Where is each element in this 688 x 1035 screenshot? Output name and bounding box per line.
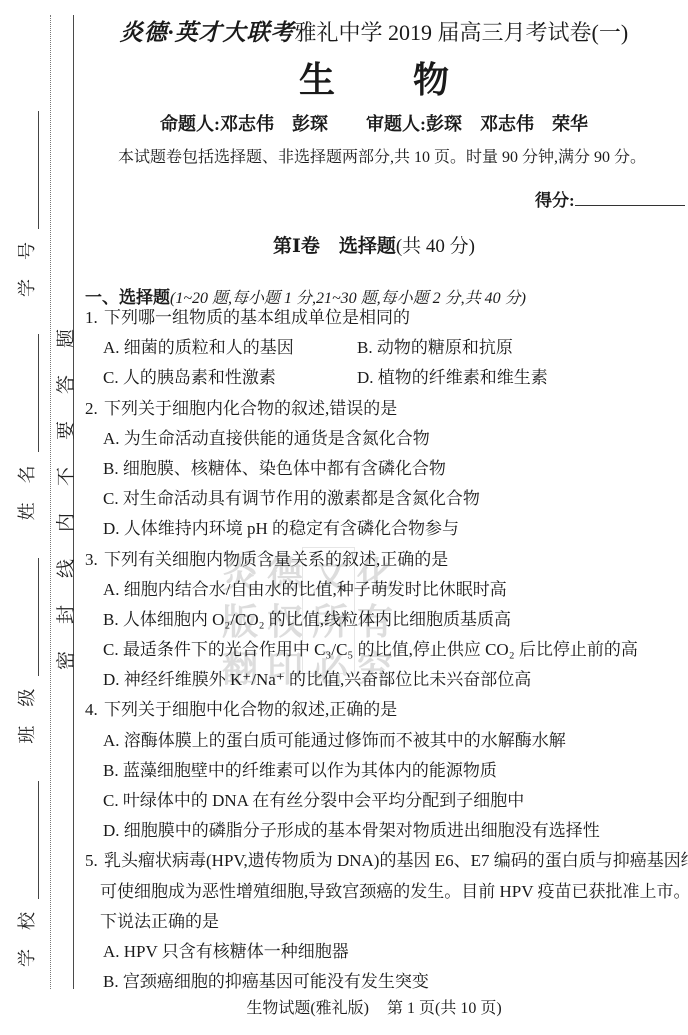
subject-char: 生 <box>299 52 335 103</box>
score-blank <box>575 190 685 206</box>
question-stem-text: 下列有关细胞内物质含量关系的叙述,正确的是 <box>104 550 448 569</box>
option-b: B. 宫颈癌细胞的抑癌基因可能没有发生突变 <box>85 967 663 997</box>
option-d: D. 细胞膜中的磷脂分子形成的基本骨架对物质进出细胞没有选择性 <box>85 816 663 846</box>
score-label: 得分: <box>535 191 575 210</box>
option-c: C. 叶绿体中的 DNA 在有丝分裂中会平均分配到子细胞中 <box>85 786 663 816</box>
option-b: B. 人体细胞内 O₂/CO₂ 的比值,线粒体内比细胞质基质高 <box>85 605 663 635</box>
exam-title: 炎德·英才大联考雅礼中学 2019 届高三月考试卷(一) <box>85 14 663 47</box>
option-c: C. 人的胰岛素和性激素 <box>103 363 357 393</box>
question-number: 4. <box>85 695 104 725</box>
question-5-stem: 5.乳头瘤状病毒(HPV,遗传物质为 DNA)的基因 E6、E7 编码的蛋白质与… <box>85 846 663 876</box>
question-stem-text: 下列关于细胞内化合物的叙述,错误的是 <box>104 399 397 418</box>
part1-header-bold: 第Ⅰ卷 选择题 <box>273 236 396 257</box>
question-stem-text: 下列哪一组物质的基本组成单位是相同的 <box>104 308 410 327</box>
question-stem-text: 乳头瘤状病毒(HPV,遗传物质为 DNA)的基因 E6、E7 编码的蛋白质与抑癌… <box>104 851 688 870</box>
school-field: 学校 <box>13 781 39 967</box>
name-field-label: 姓名 <box>13 446 39 520</box>
option-c: C. 最适条件下的光合作用中 C₃/C₅ 的比值,停止供应 CO₂ 后比停止前的… <box>85 635 663 665</box>
question-5-stem-cont: 下说法正确的是 <box>85 907 663 937</box>
question-reviewers: 审题人:彭琛 邓志伟 荣华 <box>366 110 588 136</box>
exam-title-brand: 炎德·英才大联考 <box>120 20 295 45</box>
option-d: D. 神经纤维膜外 K⁺/Na⁺ 的比值,兴奋部位比未兴奋部位高 <box>85 665 663 695</box>
option-a: A. HPV 只含有核糖体一种细胞器 <box>85 937 663 967</box>
exam-instructions: 本试题卷包括选择题、非选择题两部分,共 10 页。时量 90 分钟,满分 90 … <box>85 144 688 167</box>
question-setters: 命题人:邓志伟 彭琛 <box>160 110 328 136</box>
option-b: B. 蓝藻细胞壁中的纤维素可以作为其体内的能源物质 <box>85 756 663 786</box>
student-id-field-label: 学号 <box>13 223 39 297</box>
footer-doc-label: 生物试题(雅礼版) <box>246 995 369 1018</box>
setters-line: 命题人:邓志伟 彭琛 审题人:彭琛 邓志伟 荣华 <box>85 110 663 136</box>
option-d: D. 人体维持内环境 pH 的稳定有含磷化合物参与 <box>85 514 663 544</box>
class-field-blank <box>34 558 39 676</box>
question-3-stem: 3.下列有关细胞内物质含量关系的叙述,正确的是 <box>85 545 663 575</box>
question-1-stem: 1.下列哪一组物质的基本组成单位是相同的 <box>85 303 663 333</box>
option-d: D. 植物的纤维素和维生素 <box>357 363 663 393</box>
option-c: C. 对生命活动具有调节作用的激素都是含氮化合物 <box>85 484 663 514</box>
exam-title-text: 雅礼中学 2019 届高三月考试卷(一) <box>295 20 629 45</box>
question-number: 2. <box>85 394 104 424</box>
option-a: A. 细胞内结合水/自由水的比值,种子萌发时比休眠时高 <box>85 575 663 605</box>
option-a: A. 细菌的质粒和人的基因 <box>103 333 357 363</box>
seal-line-notice: 密封线内不要答题 <box>51 293 73 672</box>
question-5-stem-cont: 可使细胞成为恶性增殖细胞,导致宫颈癌的发生。目前 HPV 疫苗已获批准上市。以 <box>85 877 663 907</box>
school-field-label: 学校 <box>13 893 39 967</box>
footer-page-number: 第 1 页(共 10 页) <box>387 995 502 1018</box>
question-2-stem: 2.下列关于细胞内化合物的叙述,错误的是 <box>85 394 663 424</box>
question-1-option-row: A. 细菌的质粒和人的基因 B. 动物的糖原和抗原 <box>85 333 663 363</box>
question-4-stem: 4.下列关于细胞中化合物的叙述,正确的是 <box>85 695 663 725</box>
option-a: A. 为生命活动直接供能的通货是含氮化合物 <box>85 424 663 454</box>
student-id-field-blank <box>34 111 39 229</box>
school-field-blank <box>34 781 39 899</box>
option-b: B. 细胞膜、核糖体、染色体中都有含磷化合物 <box>85 454 663 484</box>
page-footer: 生物试题(雅礼版) 第 1 页(共 10 页) <box>85 995 663 1018</box>
option-a: A. 溶酶体膜上的蛋白质可能通过修饰而不被其中的水解酶水解 <box>85 726 663 756</box>
score-row: 得分: <box>85 186 688 211</box>
student-id-field: 学号 <box>13 111 39 297</box>
class-field: 班级 <box>13 558 39 744</box>
exam-paper-page: 炎德文化 版权所有 翻印必究 学校 班级 姓名 学号 密封线内不要答题 炎德·英… <box>0 0 688 1035</box>
option-b: B. 动物的糖原和抗原 <box>357 333 663 363</box>
subject-char: 物 <box>413 52 449 103</box>
class-field-label: 班级 <box>13 670 39 744</box>
question-list: 1.下列哪一组物质的基本组成单位是相同的 A. 细菌的质粒和人的基因 B. 动物… <box>85 303 663 997</box>
part1-header-rest: (共 40 分) <box>396 236 475 257</box>
question-number: 5. <box>85 846 104 876</box>
part1-header: 第Ⅰ卷 选择题(共 40 分) <box>85 231 663 258</box>
name-field-blank <box>34 334 39 452</box>
subject-title: 生 物 <box>85 52 663 103</box>
question-number: 3. <box>85 545 104 575</box>
question-stem-text: 下列关于细胞中化合物的叙述,正确的是 <box>104 700 397 719</box>
student-info-fields: 学校 班级 姓名 学号 <box>13 111 39 967</box>
question-1-option-row: C. 人的胰岛素和性激素 D. 植物的纤维素和维生素 <box>85 363 663 393</box>
question-number: 1. <box>85 303 104 333</box>
name-field: 姓名 <box>13 334 39 520</box>
